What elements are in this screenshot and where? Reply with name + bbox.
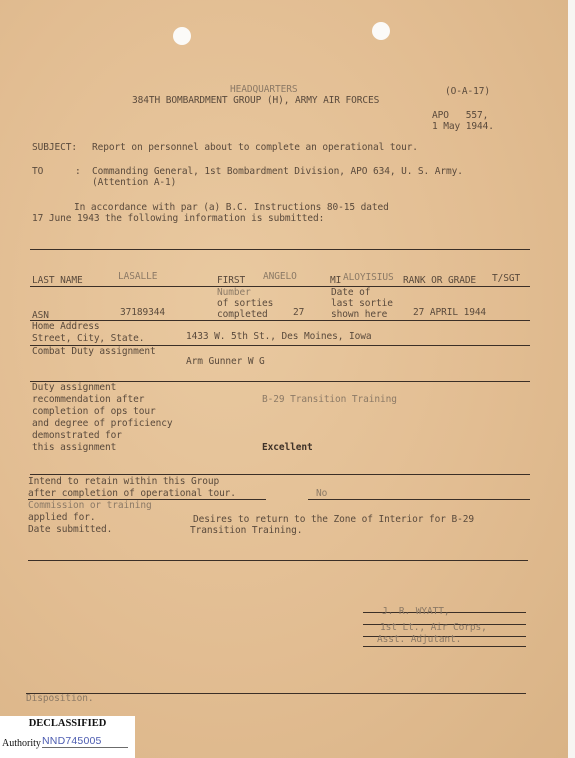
address-label: Home Address [32, 321, 99, 332]
divider [308, 499, 530, 500]
duty-label: demonstrated for [32, 430, 122, 441]
punch-hole [372, 22, 390, 40]
last-sortie-label: Date of [331, 287, 370, 298]
duty-label: recommendation after [32, 394, 144, 405]
to-line2: (Attention A-1) [92, 177, 176, 188]
divider [26, 693, 526, 694]
divider [30, 320, 530, 321]
duty-recommendation: B-29 Transition Training [262, 394, 397, 405]
rank-value: T/SGT [492, 273, 520, 284]
commission-label: Commission or training [28, 500, 152, 511]
duty-label: this assignment [32, 442, 116, 453]
duty-label: completion of ops tour [32, 406, 156, 417]
last-sortie-value: 27 APRIL 1944 [413, 307, 486, 318]
last-sortie-label: last sortie [331, 298, 393, 309]
address-value: 1433 W. 5th St., Des Moines, Iowa [186, 331, 371, 342]
stamp-authority-value: NND745005 [42, 735, 128, 748]
last-name-label: LAST NAME [32, 275, 83, 286]
signature-title: Asst. Adjutant. [377, 634, 461, 645]
sorties-label: completed [217, 309, 268, 320]
address-label: Street, City, State. [32, 333, 144, 344]
duty-label: Duty assignment [32, 382, 116, 393]
signature-rule [363, 646, 526, 647]
last-name-value: LASALLE [118, 271, 157, 282]
signature-name: J. R. WYATT, [382, 606, 449, 617]
mi-value: ALOYISIUS [343, 272, 394, 283]
commission-label: Date submitted. [28, 524, 112, 535]
retain-label: after completion of operational tour. [28, 488, 236, 499]
retain-value: No [316, 488, 327, 499]
intro-line1: In accordance with par (a) B.C. Instruct… [74, 202, 389, 213]
to-label: TO [32, 166, 43, 177]
declassified-stamp: DECLASSIFIED Authority NND745005 [0, 716, 135, 758]
combat-duty-label: Combat Duty assignment [32, 346, 156, 357]
stamp-title: DECLASSIFIED [0, 718, 135, 729]
divider [30, 474, 530, 475]
commission-value-line1: Desires to return to the Zone of Interio… [193, 514, 474, 525]
to-sep: : [75, 166, 81, 177]
sorties-label: Number [217, 287, 251, 298]
commission-value-line2: Transition Training. [190, 525, 302, 536]
proficiency-value: Excellent [262, 442, 313, 453]
scan-edge [568, 0, 575, 758]
signature-rank: 1st Lt., Air Corps, [380, 622, 487, 633]
first-name-value: ANGELO [263, 271, 297, 282]
header-date: 1 May 1944. [432, 121, 494, 132]
disposition-label: Disposition. [26, 693, 93, 704]
header-unit: 384TH BOMBARDMENT GROUP (H), ARMY AIR FO… [132, 95, 379, 106]
subject-label: SUBJECT: [32, 142, 77, 153]
subject-text: Report on personnel about to complete an… [92, 142, 418, 153]
header-apo: APO 557, [432, 110, 488, 121]
divider [28, 560, 528, 561]
commission-label: applied for. [28, 512, 95, 523]
punch-hole [173, 27, 191, 45]
header-office: HEADQUARTERS [230, 84, 297, 95]
retain-label: Intend to retain within this Group [28, 476, 219, 487]
duty-label: and degree of proficiency [32, 418, 173, 429]
combat-duty-value: Arm Gunner W G [186, 356, 265, 367]
intro-line2: 17 June 1943 the following information i… [32, 213, 324, 224]
stamp-authority-label: Authority [2, 738, 41, 749]
divider [30, 286, 530, 287]
form-code: (O-A-17) [445, 86, 490, 97]
to-line1: Commanding General, 1st Bombardment Divi… [92, 166, 463, 177]
divider [30, 249, 530, 250]
sorties-value: 27 [293, 307, 304, 318]
first-name-label: FIRST [217, 275, 245, 286]
asn-value: 37189344 [120, 307, 165, 318]
sorties-label: of sorties [217, 298, 273, 309]
mi-label: MI [330, 275, 341, 286]
last-sortie-label: shown here [331, 309, 387, 320]
rank-label: RANK OR GRADE [403, 275, 476, 286]
document-page: HEADQUARTERS 384TH BOMBARDMENT GROUP (H)… [0, 0, 568, 758]
